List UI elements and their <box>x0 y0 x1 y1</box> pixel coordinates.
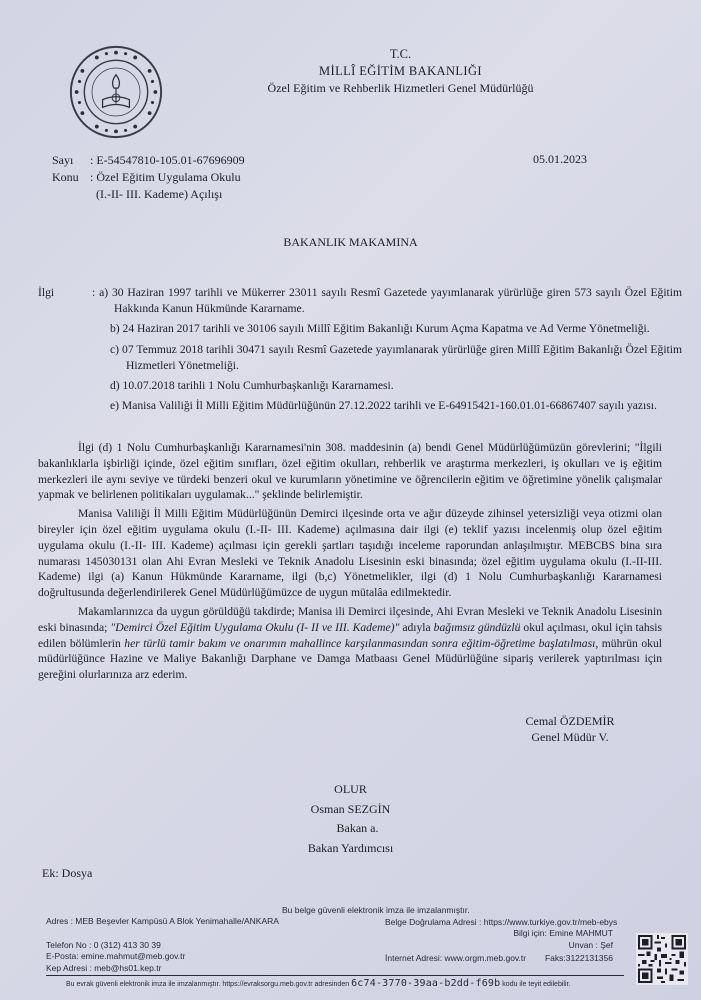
paragraph-1: İlgi (d) 1 Nolu Cumhurbaşkanlığı Kararna… <box>38 440 662 503</box>
attachment: Ek: Dosya <box>42 866 92 881</box>
reference-item: b) 24 Haziran 2017 tarihli ve 30106 sayı… <box>110 321 682 337</box>
footer-kep: Kep Adresi : meb@hs01.kep.tr <box>46 963 161 973</box>
konu-label: Konu <box>52 169 90 186</box>
paragraph-3: Makamlarınızca da uygun görüldüğü takdir… <box>38 604 662 683</box>
footer-phone: Telefon No : 0 (312) 413 30 39 <box>46 940 161 950</box>
approver-title: Bakan Yardımcısı <box>0 839 701 859</box>
sayi-value: : E-54547810-105.01-67696909 <box>90 152 245 169</box>
konu-value-cont: (I.-II- III. Kademe) Açılışı <box>90 186 222 203</box>
footer-email[interactable]: E-Posta: emine.mahmut@meb.gov.tr <box>46 951 185 961</box>
reference-item: : a) 30 Haziran 1997 tarihli ve Mükerrer… <box>92 285 682 317</box>
approval-olur: OLUR <box>0 780 701 800</box>
approver-name: Osman SEZGİN <box>0 800 701 820</box>
addressee: BAKANLIK MAKAMINA <box>0 235 701 250</box>
sayi-label: Sayı <box>52 152 90 169</box>
document-page: T.C. MİLLÎ EĞİTİM BAKANLIĞI Özel Eğitim … <box>0 0 701 1000</box>
qr-code-icon[interactable] <box>636 933 688 985</box>
document-date: 05.01.2023 <box>533 152 587 167</box>
signatory-name: Cemal ÖZDEMİR <box>510 713 630 729</box>
letter-body: İlgi (d) 1 Nolu Cumhurbaşkanlığı Kararna… <box>38 440 662 686</box>
approval-block: OLUR Osman SEZGİN Bakan a. Bakan Yardımc… <box>0 780 701 858</box>
footer-verify-link[interactable]: Belge Doğrulama Adresi : https://www.tur… <box>385 917 617 927</box>
footer-info: Bilgi için: Emine MAHMUT <box>498 928 613 938</box>
footer-fax: Faks:3122131356 <box>498 953 613 963</box>
konu-value: : Özel Eğitim Uygulama Okulu <box>90 169 241 186</box>
footer-signed-note: Bu belge güvenli elektronik imza ile imz… <box>282 905 470 915</box>
signatory-title: Genel Müdür V. <box>510 729 630 745</box>
document-meta: Sayı : E-54547810-105.01-67696909 Konu :… <box>52 152 245 203</box>
verification-code: 6c74-3770-39aa-b2dd-f69b <box>351 978 500 989</box>
reference-item: d) 10.07.2018 tarihli 1 Nolu Cumhurbaşka… <box>110 378 682 394</box>
footer-address: Adres : MEB Beşevler Kampüsü A Blok Yeni… <box>46 916 279 926</box>
footer-divider <box>46 975 624 976</box>
letterhead: T.C. MİLLÎ EĞİTİM BAKANLIĞI Özel Eğitim … <box>0 46 701 97</box>
header-tc: T.C. <box>100 46 701 63</box>
header-directorate: Özel Eğitim ve Rehberlik Hizmetleri Gene… <box>100 80 701 97</box>
signatory: Cemal ÖZDEMİR Genel Müdür V. <box>510 713 630 745</box>
footer-verification-line: Bu evrak güvenli elektronik imza ile imz… <box>66 978 570 989</box>
reference-item: e) Manisa Valiliği İl Milli Eğitim Müdür… <box>110 398 682 414</box>
ilgi-label: İlgi <box>38 285 54 301</box>
paragraph-2: Manisa Valiliği İl Milli Eğitim Müdürlüğ… <box>38 506 662 601</box>
header-ministry: MİLLÎ EĞİTİM BAKANLIĞI <box>100 63 701 80</box>
reference-item: c) 07 Temmuz 2018 tarihli 30471 sayılı R… <box>110 342 682 374</box>
approver-on-behalf: Bakan a. <box>14 819 701 839</box>
footer-unvan: Unvan : Şef <box>498 940 613 950</box>
